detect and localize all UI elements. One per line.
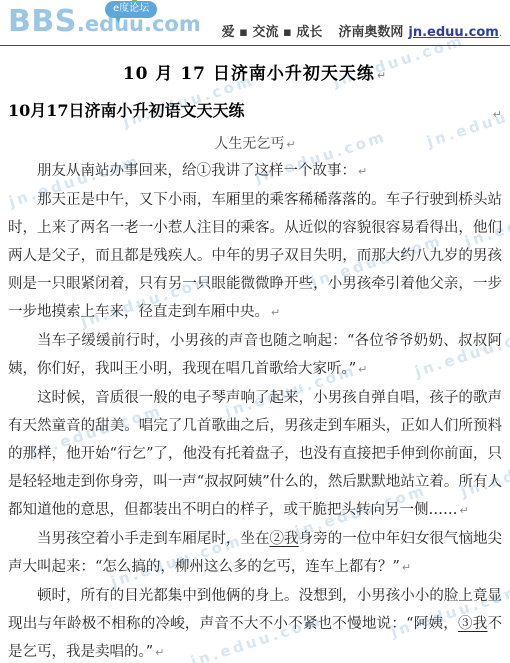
- paragraph-3: 当车子缓缓前行时，小男孩的声音也随之响起：“各位爷爷奶奶、叔叔阿姨，你们好，我叫…: [8, 327, 502, 384]
- paragraph-mark: ↵: [286, 138, 295, 151]
- essay-title: 人生无乞丐↵: [8, 133, 502, 153]
- document-body: 10 月 17 日济南小升初天天练↵ 10月17日济南小升初语文天天练↵ 人生无…: [0, 59, 510, 663]
- paragraph-5: 当男孩空着小手走到车厢尾时，坐在②我身旁的一位中年妇女很气恼地尖声大叫起来：“怎…: [8, 525, 502, 582]
- underlined-term-2: ②我: [270, 531, 299, 547]
- paragraph-mark: ↵: [377, 69, 387, 82]
- paragraph-2: 那天正是中午，又下小雨，车厢里的乘客稀稀落落的。车子行驶到桥头站时，上来了两名一…: [8, 186, 502, 327]
- paragraph-mark: ↵: [493, 108, 502, 121]
- paragraph-mark: ↵: [155, 646, 164, 659]
- site-logo[interactable]: BBS.eduu˘.com e度论坛: [8, 4, 201, 39]
- logo-bbs-text: BBS: [8, 4, 77, 39]
- paragraph-4: 这时候，音质很一般的电子琴声响了起来，小男孩自弹自唱，孩子的歌声有天然童音的甜美…: [8, 384, 502, 525]
- underlined-term-3: ③我: [458, 616, 488, 632]
- paragraph-mark: ↵: [271, 306, 280, 319]
- paragraph-6: 顿时，所有的目光都集中到他俩的身上。没想到，小男孩小小的脸上竟显现出与年龄极不相…: [8, 582, 502, 663]
- paragraph-mark: ↵: [402, 561, 411, 574]
- paragraph-mark: ↵: [358, 165, 367, 178]
- paragraph-1: 朋友从南站办事回来，给①我讲了这样一个故事：↵: [8, 157, 502, 186]
- paragraph-mark: ↵: [358, 363, 367, 376]
- paragraph-mark: ↵: [460, 504, 469, 517]
- tagline-slogan: 爱 ▪ 交流 ▪ 成长: [222, 25, 323, 40]
- page-title: 10 月 17 日济南小升初天天练↵: [8, 59, 502, 84]
- site-header: BBS.eduu˘.com e度论坛 爱 ▪ 交流 ▪ 成长济南奥数网jn.ed…: [0, 0, 510, 46]
- doc-subtitle: 10月17日济南小升初语文天天练↵: [8, 98, 502, 121]
- header-tagline: 爱 ▪ 交流 ▪ 成长济南奥数网jn.eduu.com.: [222, 21, 502, 40]
- site-name: 济南奥数网: [338, 25, 403, 40]
- link-suffix: .: [499, 28, 502, 39]
- site-link[interactable]: jn.eduu.com: [408, 25, 498, 40]
- forum-badge[interactable]: e度论坛: [105, 1, 157, 18]
